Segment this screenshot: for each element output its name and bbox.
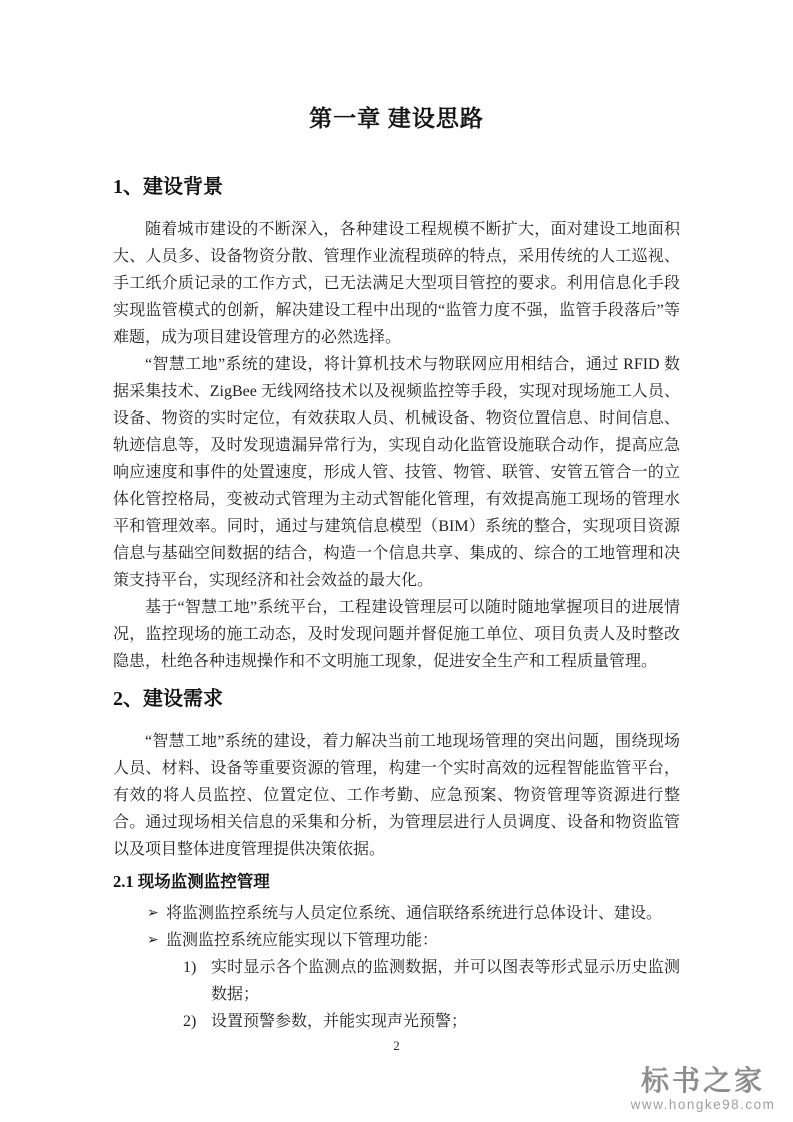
document-content: 第一章 建设思路 1、建设背景 随着城市建设的不断深入，各种建设工程规模不断扩大…	[0, 0, 793, 1054]
subsection-2-1-heading: 2.1 现场监测监控管理	[113, 869, 680, 895]
document-page: 第一章 建设思路 1、建设背景 随着城市建设的不断深入，各种建设工程规模不断扩大…	[0, 0, 793, 1122]
numbered-item-text: 实时显示各个监测点的监测数据，并可以图表等形式显示历史监测数据；	[211, 954, 680, 1008]
numbered-item-label: 1)	[183, 954, 211, 981]
numbered-item-label: 2)	[183, 1008, 211, 1035]
section-2-heading: 2、建设需求	[113, 686, 680, 713]
bullet-item: ➢ 监测监控系统应能实现以下管理功能：	[113, 927, 680, 954]
numbered-item: 2) 设置预警参数，并能实现声光预警；	[113, 1008, 680, 1035]
numbered-item: 1) 实时显示各个监测点的监测数据，并可以图表等形式显示历史监测数据；	[113, 954, 680, 1008]
watermark: 标书之家 www.hongke98.com	[619, 1066, 787, 1114]
bullet-item-text: 将监测监控系统与人员定位系统、通信联络系统进行总体设计、建设。	[166, 900, 662, 927]
chapter-title: 第一章 建设思路	[113, 102, 680, 136]
watermark-brand: 标书之家	[619, 1066, 787, 1096]
page-number: 2	[113, 1038, 680, 1054]
numbered-item-text: 设置预警参数，并能实现声光预警；	[211, 1008, 680, 1035]
arrow-bullet-icon: ➢	[147, 900, 166, 927]
bullet-item: ➢ 将监测监控系统与人员定位系统、通信联络系统进行总体设计、建设。	[113, 900, 680, 927]
section-1-paragraph-1: 随着城市建设的不断深入，各种建设工程规模不断扩大，面对建设工地面积大、人员多、设…	[113, 216, 680, 351]
watermark-url: www.hongke98.com	[619, 1096, 787, 1114]
section-1-paragraph-3: 基于“智慧工地”系统平台，工程建设管理层可以随时随地掌握项目的进展情况，监控现场…	[113, 594, 680, 675]
section-2-paragraph-1: “智慧工地”系统的建设，着力解决当前工地现场管理的突出问题，围绕现场人员、材料、…	[113, 728, 680, 863]
section-1-heading: 1、建设背景	[113, 174, 680, 201]
arrow-bullet-icon: ➢	[147, 927, 166, 954]
bullet-item-text: 监测监控系统应能实现以下管理功能：	[166, 927, 438, 954]
section-1-paragraph-2: “智慧工地”系统的建设，将计算机技术与物联网应用相结合，通过 RFID 数据采集…	[113, 351, 680, 594]
